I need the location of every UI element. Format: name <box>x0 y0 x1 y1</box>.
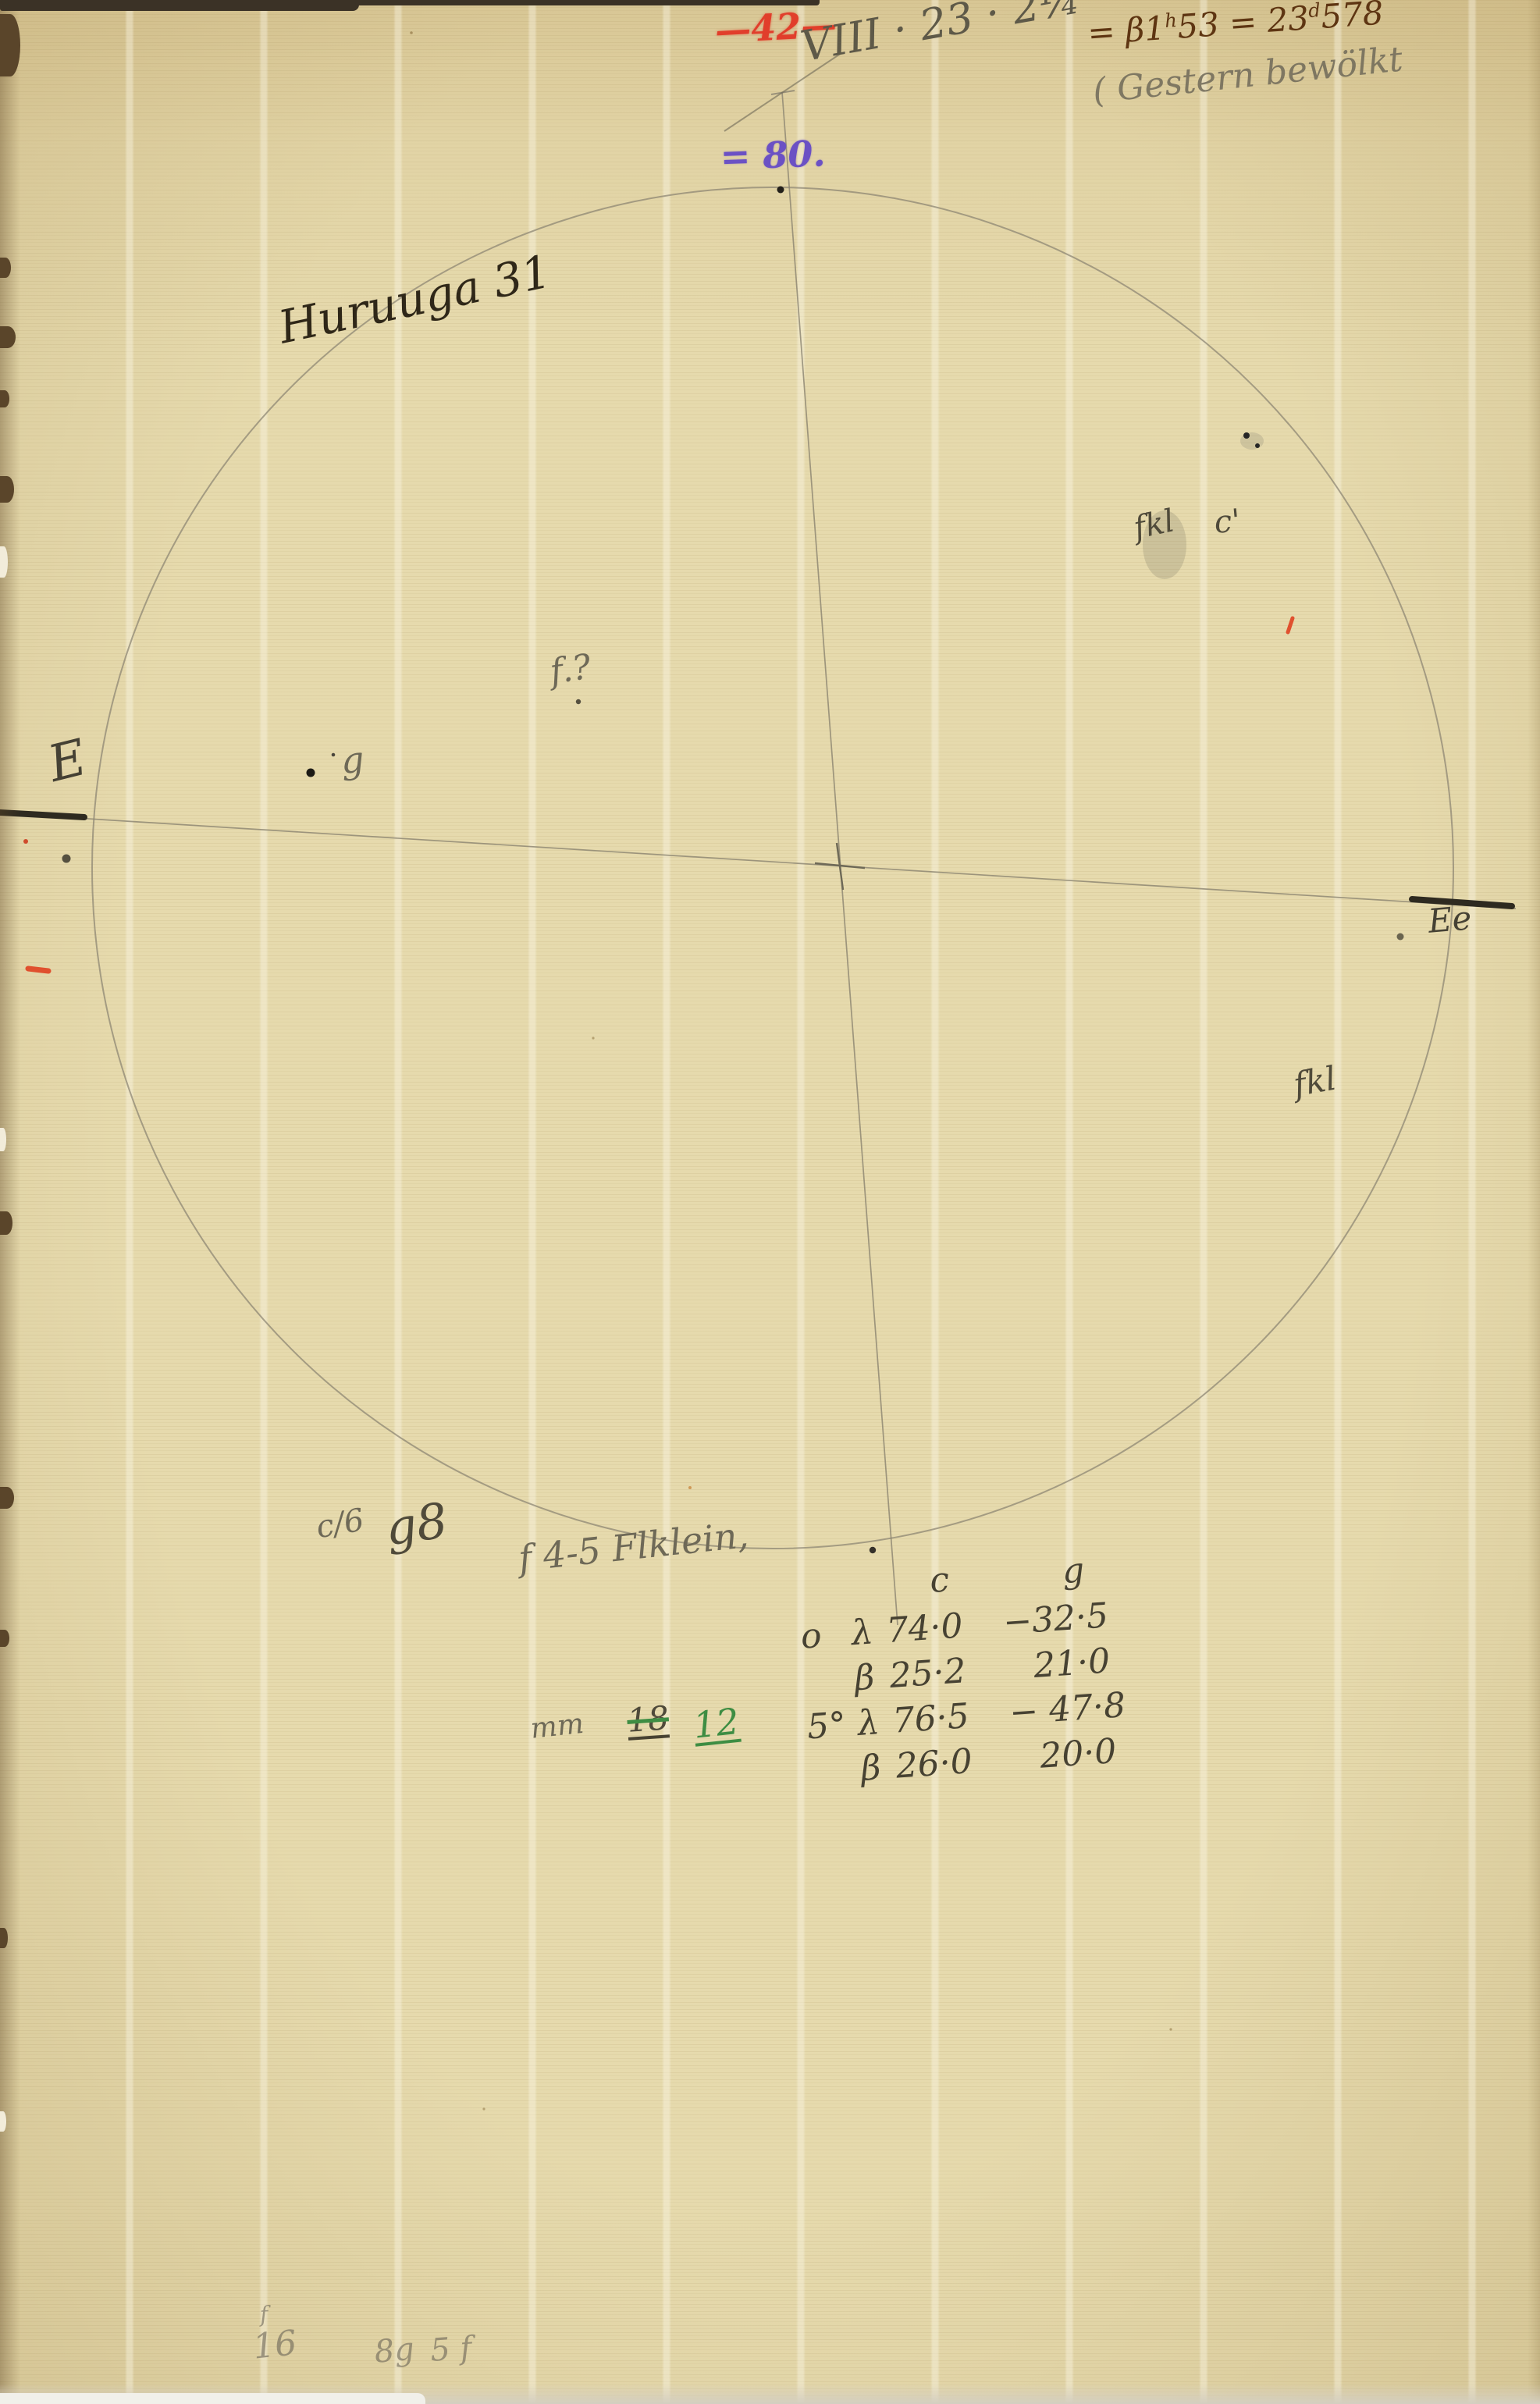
paper-speck <box>1169 2028 1172 2030</box>
row-symbol: β <box>859 1744 898 1792</box>
paper-damage-spot <box>0 1487 14 1509</box>
footer-note: 5 f <box>429 2332 473 2367</box>
row-prefix <box>809 1747 862 1795</box>
row-symbol: β <box>853 1654 891 1702</box>
paper-bottom-sliver <box>0 2393 425 2404</box>
row-prefix: o <box>799 1611 853 1659</box>
annotation-c6: c/6 <box>314 1504 366 1543</box>
sunspot-dot-bottom <box>870 1547 876 1553</box>
red-speck-left <box>23 839 28 844</box>
sunspot-dot-ne-2 <box>1255 443 1260 448</box>
paper-damage-top-strip <box>0 0 359 11</box>
value-c: 76·5 <box>891 1691 1012 1744</box>
paper-damage-top-strip <box>355 0 820 5</box>
paper-speck <box>482 2107 485 2110</box>
paper-speck <box>688 1486 692 1489</box>
paper-damage-spot <box>0 1928 8 1948</box>
footer-note: 8g <box>373 2334 415 2368</box>
row-prefix <box>802 1656 856 1705</box>
header-spacer <box>796 1567 849 1609</box>
paper-damage-spot <box>0 390 9 407</box>
paper-damage-spot <box>0 326 16 348</box>
footer-note: 16 <box>251 2326 298 2365</box>
edge-dot-left <box>62 855 71 863</box>
col-header-c: c <box>882 1556 1001 1604</box>
paper-chip <box>0 546 8 578</box>
sunspot-dot-top <box>777 187 784 194</box>
value-c: 25·2 <box>888 1646 1008 1699</box>
time-note-part: = β1 <box>1087 9 1167 52</box>
value-g: 20·0 <box>1011 1727 1147 1781</box>
sunspot-dot-g <box>307 769 315 777</box>
paper-edge-shading-left <box>0 0 20 2404</box>
annotation-fkl-right: fkl <box>1291 1062 1339 1102</box>
paper-damage-spot <box>0 14 20 76</box>
footer-note: f <box>259 2303 269 2326</box>
sunspot-dot-ne-1 <box>1243 432 1250 439</box>
value-c: 74·0 <box>885 1601 1005 1654</box>
paper-damage-spot <box>0 258 11 278</box>
annotation-f-query: f.? <box>548 650 593 690</box>
edge-mark-right-label: Ee <box>1427 901 1473 938</box>
annotation-c-prime: c' <box>1213 505 1242 539</box>
paper-speck <box>410 31 413 34</box>
sunspot-dot-f <box>576 699 581 704</box>
time-note-part: 578 <box>1320 0 1385 36</box>
mm-label: mm <box>529 1710 585 1744</box>
scanned-page: —42— VIII · 23 · 2¼ = β1h53 = 23d578 ( G… <box>0 0 1540 2404</box>
paper-chip <box>0 2111 6 2132</box>
value-c: 26·0 <box>894 1736 1015 1789</box>
crosshair-vertical-line <box>782 92 898 1625</box>
paper-speck <box>592 1037 594 1039</box>
row-symbol: λ <box>850 1609 888 1656</box>
annotation-g8: g8 <box>382 1496 450 1552</box>
red-tick-left <box>28 969 48 971</box>
paper-edge-shading-right <box>1528 0 1540 2404</box>
header-spacer <box>847 1564 884 1606</box>
crosshair-horizontal-line <box>2 813 1516 909</box>
edge-dot-right <box>1397 934 1404 941</box>
measurement-table: c g o λ 74·0 −32·5 β 25·2 21·0 5° λ 76·5… <box>796 1547 1147 1795</box>
annotation-fkl-top: fkl <box>1131 505 1177 544</box>
time-note-day-sup: d <box>1307 0 1321 22</box>
paper-chip <box>0 1128 6 1151</box>
row-prefix: 5° <box>806 1702 859 1750</box>
mm-new-value: 12 <box>692 1703 741 1747</box>
paper-damage-spot <box>0 1211 12 1235</box>
annotation-g: g <box>340 741 365 778</box>
solar-disk-circle <box>92 187 1453 1549</box>
row-symbol: λ <box>856 1699 894 1747</box>
paper-damage-spot <box>0 476 14 503</box>
paper-damage-spot <box>0 1630 9 1647</box>
mm-old-value: 18 <box>626 1702 670 1741</box>
series-number: = 80. <box>720 135 826 175</box>
solar-disk-drawing <box>0 0 1540 2404</box>
red-tick-right <box>1288 618 1293 632</box>
col-header-g: g <box>998 1547 1133 1596</box>
sunspot-speck-g <box>332 753 336 757</box>
